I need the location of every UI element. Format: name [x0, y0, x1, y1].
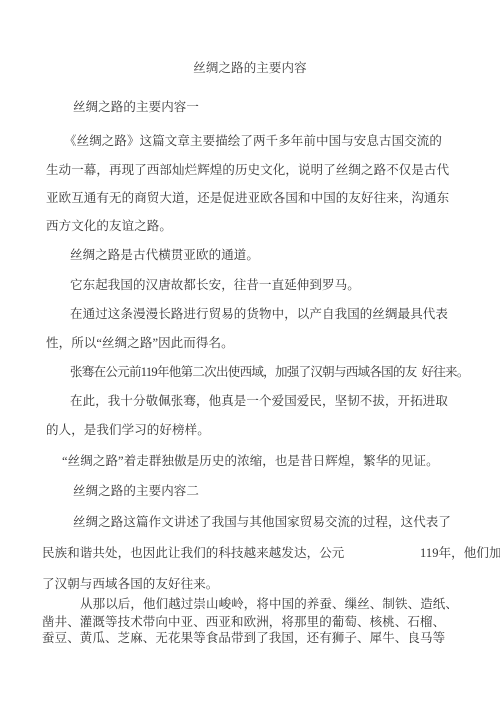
text-line: 丝绸之路的主要内容一 — [73, 99, 199, 115]
text-line: 的人，是我们学习的好榜样。 — [46, 422, 210, 438]
text-line: 丝绸之路这篇作文讲述了我国与其他国家贸易交流的过程，这代表了 — [73, 514, 451, 530]
text-line: 亚欧互通有无的商贸大道，还是促进亚欧各国和中国的友好往来，沟通东 — [46, 190, 449, 206]
text-line: 《丝绸之路》这篇文章主要描绘了两千多年前中国与安息古国交流的 — [64, 133, 442, 149]
text-line: 凿井、灌溉等技术带向中亚、西亚和欧洲，将那里的葡萄、核桃、石榴、 — [42, 614, 445, 630]
text-line: 西方文化的友谊之路。 — [46, 218, 172, 234]
text-line: 张骞在公元前119年他第二次出使西域，加强了汉朝与西域各国的友 好往来。 — [70, 364, 469, 380]
text-line: 从那以后，他们越过崇山峻岭，将中国的养蚕、缫丝、制铁、造纸、 — [80, 596, 458, 612]
document-page: 丝绸之路的主要内容丝绸之路的主要内容一《丝绸之路》这篇文章主要描绘了两千多年前中… — [0, 0, 500, 707]
text-line: 在通过这条漫漫长路进行贸易的货物中，以产自我国的丝绸最具代表 — [70, 306, 448, 322]
text-line: 生动一幕，再现了西部灿烂辉煌的历史文化，说明了丝绸之路不仅是古代 — [46, 162, 449, 178]
text-line: 性，所以“丝绸之路”因此而得名。 — [46, 335, 234, 351]
text-line: “丝绸之路”着走群独傲是历史的浓缩，也是昔日辉煌，繁华的见证。 — [62, 453, 439, 469]
text-line: 了汉朝与西域各国的友好往来。 — [42, 576, 218, 592]
text-line: 民族和谐共处，也因此让我们的科技越来越发达，公元 119年，他们加强 — [42, 545, 500, 561]
text-line: 丝绸之路是古代横贯亚欧的通道。 — [70, 247, 259, 263]
text-line: 丝绸之路的主要内容二 — [73, 483, 199, 499]
text-line: 蚕豆、黄瓜、芝麻、无花果等食品带到了我国，还有狮子、犀牛、良马等 — [42, 630, 445, 646]
text-line: 在此，我十分敬佩张骞，他真是一个爱国爱民，坚韧不拔，开拓进取 — [70, 393, 448, 409]
text-line: 它东起我国的汉唐故都长安，往昔一直延伸到罗马。 — [70, 277, 360, 293]
document-title: 丝绸之路的主要内容 — [0, 60, 500, 76]
